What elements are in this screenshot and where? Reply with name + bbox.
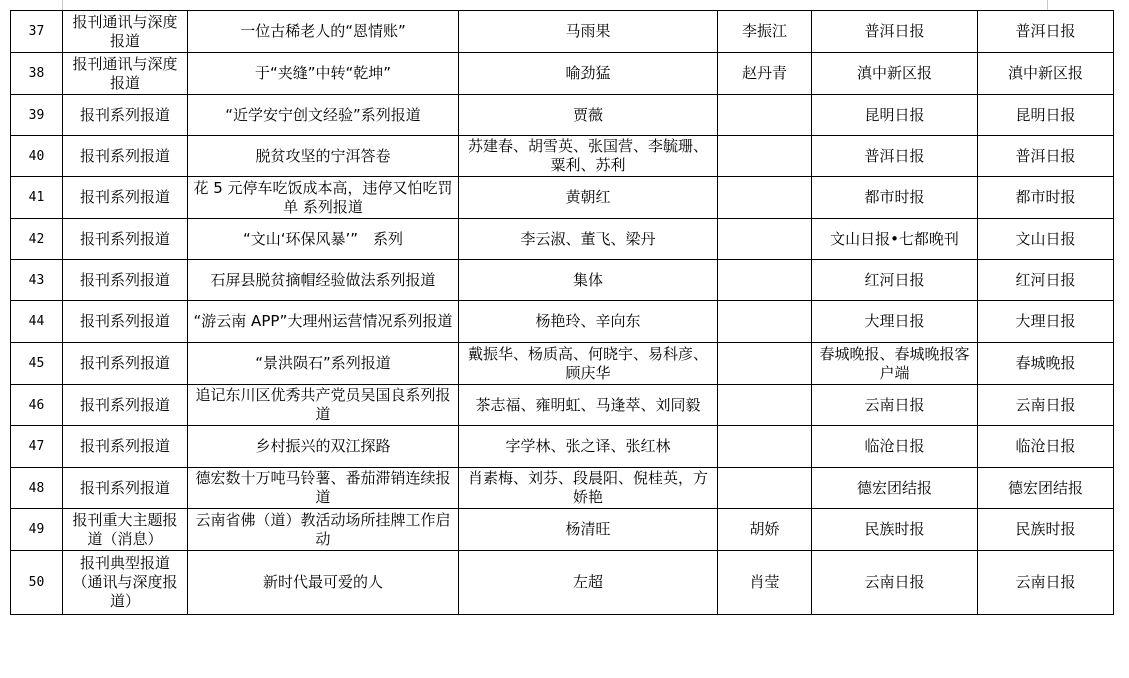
cell-authors: 肖素梅、刘芬、段晨阳、倪桂英，方娇艳 — [459, 468, 718, 509]
cell-recommender: 昆明日报 — [978, 95, 1114, 136]
cell-editor — [718, 301, 812, 343]
cell-recommender: 大理日报 — [978, 301, 1114, 343]
cell-no: 37 — [11, 11, 63, 53]
cell-no: 40 — [11, 136, 63, 177]
cell-category: 报刊系列报道 — [63, 468, 188, 509]
cell-publisher: 普洱日报 — [812, 11, 978, 53]
cell-recommender: 云南日报 — [978, 385, 1114, 426]
cell-editor — [718, 468, 812, 509]
cell-editor: 赵丹青 — [718, 53, 812, 95]
cell-recommender: 德宏团结报 — [978, 468, 1114, 509]
cell-authors: 喻劲猛 — [459, 53, 718, 95]
cell-no: 46 — [11, 385, 63, 426]
cell-publisher: 云南日报 — [812, 385, 978, 426]
cell-category: 报刊系列报道 — [63, 219, 188, 260]
cell-category: 报刊系列报道 — [63, 177, 188, 219]
cell-no: 41 — [11, 177, 63, 219]
cell-editor — [718, 426, 812, 468]
cell-title: “景洪陨石”系列报道 — [188, 343, 459, 385]
cell-authors: 杨清旺 — [459, 509, 718, 551]
cell-recommender: 临沧日报 — [978, 426, 1114, 468]
cell-title: 新时代最可爱的人 — [188, 551, 459, 615]
cell-no: 45 — [11, 343, 63, 385]
table-row: 42 报刊系列报道 “文山‘环保风暴’” 系列 李云淑、董飞、梁丹 文山日报•七… — [11, 219, 1114, 260]
cell-category: 报刊系列报道 — [63, 426, 188, 468]
cell-no: 50 — [11, 551, 63, 615]
cell-authors: 黄朝红 — [459, 177, 718, 219]
cell-category: 报刊系列报道 — [63, 343, 188, 385]
table-row: 49 报刊重大主题报道（消息） 云南省佛（道）教活动场所挂牌工作启动 杨清旺 胡… — [11, 509, 1114, 551]
cell-authors: 左超 — [459, 551, 718, 615]
cell-title: 云南省佛（道）教活动场所挂牌工作启动 — [188, 509, 459, 551]
cell-category: 报刊通讯与深度报道 — [63, 11, 188, 53]
cell-no: 39 — [11, 95, 63, 136]
cell-category: 报刊典型报道（通讯与深度报道） — [63, 551, 188, 615]
table-row: 37 报刊通讯与深度报道 一位古稀老人的“恩情账” 马雨果 李振江 普洱日报 普… — [11, 11, 1114, 53]
cell-publisher: 临沧日报 — [812, 426, 978, 468]
cell-recommender: 春城晚报 — [978, 343, 1114, 385]
cell-category: 报刊系列报道 — [63, 136, 188, 177]
cell-title: 脱贫攻坚的宁洱答卷 — [188, 136, 459, 177]
cell-title: 石屏县脱贫摘帽经验做法系列报道 — [188, 260, 459, 301]
cell-authors: 茶志福、雍明虹、马逢萃、刘同毅 — [459, 385, 718, 426]
table-row: 45 报刊系列报道 “景洪陨石”系列报道 戴振华、杨质高、何晓宇、易科彦、顾庆华… — [11, 343, 1114, 385]
cell-publisher: 普洱日报 — [812, 136, 978, 177]
cell-publisher: 民族时报 — [812, 509, 978, 551]
table-body: 37 报刊通讯与深度报道 一位古稀老人的“恩情账” 马雨果 李振江 普洱日报 普… — [11, 11, 1114, 615]
table-row: 50 报刊典型报道（通讯与深度报道） 新时代最可爱的人 左超 肖莹 云南日报 云… — [11, 551, 1114, 615]
cell-no: 49 — [11, 509, 63, 551]
cell-recommender: 云南日报 — [978, 551, 1114, 615]
cell-publisher: 德宏团结报 — [812, 468, 978, 509]
cell-editor — [718, 260, 812, 301]
cell-recommender: 普洱日报 — [978, 136, 1114, 177]
cell-title: “游云南 APP”大理州运营情况系列报道 — [188, 301, 459, 343]
cell-publisher: 大理日报 — [812, 301, 978, 343]
cell-category: 报刊重大主题报道（消息） — [63, 509, 188, 551]
cell-publisher: 云南日报 — [812, 551, 978, 615]
cell-no: 48 — [11, 468, 63, 509]
cell-publisher: 红河日报 — [812, 260, 978, 301]
cell-authors: 字学林、张之译、张红林 — [459, 426, 718, 468]
table-row: 43 报刊系列报道 石屏县脱贫摘帽经验做法系列报道 集体 红河日报 红河日报 — [11, 260, 1114, 301]
page-margin-guide-right — [1047, 0, 1048, 10]
cell-editor: 李振江 — [718, 11, 812, 53]
cell-editor — [718, 136, 812, 177]
cell-publisher: 滇中新区报 — [812, 53, 978, 95]
cell-category: 报刊系列报道 — [63, 301, 188, 343]
cell-authors: 戴振华、杨质高、何晓宇、易科彦、顾庆华 — [459, 343, 718, 385]
table-row: 47 报刊系列报道 乡村振兴的双江探路 字学林、张之译、张红林 临沧日报 临沧日… — [11, 426, 1114, 468]
cell-editor — [718, 95, 812, 136]
cell-authors: 马雨果 — [459, 11, 718, 53]
cell-no: 42 — [11, 219, 63, 260]
cell-recommender: 红河日报 — [978, 260, 1114, 301]
cell-authors: 贾薇 — [459, 95, 718, 136]
cell-authors: 苏建春、胡雪英、张国营、李毓珊、粟利、苏利 — [459, 136, 718, 177]
cell-category: 报刊系列报道 — [63, 385, 188, 426]
cell-title: 德宏数十万吨马铃薯、番茄滞销连续报道 — [188, 468, 459, 509]
cell-title: 一位古稀老人的“恩情账” — [188, 11, 459, 53]
cell-recommender: 民族时报 — [978, 509, 1114, 551]
cell-recommender: 普洱日报 — [978, 11, 1114, 53]
cell-publisher: 都市时报 — [812, 177, 978, 219]
cell-title: 花 5 元停车吃饭成本高，违停又怕吃罚单 系列报道 — [188, 177, 459, 219]
cell-no: 47 — [11, 426, 63, 468]
page-margin-guide-left — [62, 0, 63, 10]
cell-publisher: 春城晚报、春城晚报客户端 — [812, 343, 978, 385]
cell-title: 追记东川区优秀共产党员吴国良系列报道 — [188, 385, 459, 426]
cell-editor — [718, 219, 812, 260]
table-row: 39 报刊系列报道 “近学安宁创文经验”系列报道 贾薇 昆明日报 昆明日报 — [11, 95, 1114, 136]
cell-editor — [718, 385, 812, 426]
cell-no: 43 — [11, 260, 63, 301]
cell-recommender: 滇中新区报 — [978, 53, 1114, 95]
cell-authors: 集体 — [459, 260, 718, 301]
table-row: 48 报刊系列报道 德宏数十万吨马铃薯、番茄滞销连续报道 肖素梅、刘芬、段晨阳、… — [11, 468, 1114, 509]
cell-editor — [718, 177, 812, 219]
table-row: 40 报刊系列报道 脱贫攻坚的宁洱答卷 苏建春、胡雪英、张国营、李毓珊、粟利、苏… — [11, 136, 1114, 177]
table-row: 38 报刊通讯与深度报道 于“夹缝”中转“乾坤” 喻劲猛 赵丹青 滇中新区报 滇… — [11, 53, 1114, 95]
cell-publisher: 昆明日报 — [812, 95, 978, 136]
cell-authors: 李云淑、董飞、梁丹 — [459, 219, 718, 260]
cell-no: 44 — [11, 301, 63, 343]
cell-recommender: 文山日报 — [978, 219, 1114, 260]
cell-authors: 杨艳玲、辛向东 — [459, 301, 718, 343]
awards-table: 37 报刊通讯与深度报道 一位古稀老人的“恩情账” 马雨果 李振江 普洱日报 普… — [10, 10, 1114, 615]
cell-category: 报刊系列报道 — [63, 260, 188, 301]
cell-editor: 胡娇 — [718, 509, 812, 551]
cell-title: 于“夹缝”中转“乾坤” — [188, 53, 459, 95]
cell-recommender: 都市时报 — [978, 177, 1114, 219]
cell-title: 乡村振兴的双江探路 — [188, 426, 459, 468]
table-row: 46 报刊系列报道 追记东川区优秀共产党员吴国良系列报道 茶志福、雍明虹、马逢萃… — [11, 385, 1114, 426]
cell-title: “近学安宁创文经验”系列报道 — [188, 95, 459, 136]
cell-title: “文山‘环保风暴’” 系列 — [188, 219, 459, 260]
cell-no: 38 — [11, 53, 63, 95]
cell-publisher: 文山日报•七都晚刊 — [812, 219, 978, 260]
cell-editor — [718, 343, 812, 385]
cell-editor: 肖莹 — [718, 551, 812, 615]
table-row: 41 报刊系列报道 花 5 元停车吃饭成本高，违停又怕吃罚单 系列报道 黄朝红 … — [11, 177, 1114, 219]
table-row: 44 报刊系列报道 “游云南 APP”大理州运营情况系列报道 杨艳玲、辛向东 大… — [11, 301, 1114, 343]
cell-category: 报刊系列报道 — [63, 95, 188, 136]
cell-category: 报刊通讯与深度报道 — [63, 53, 188, 95]
